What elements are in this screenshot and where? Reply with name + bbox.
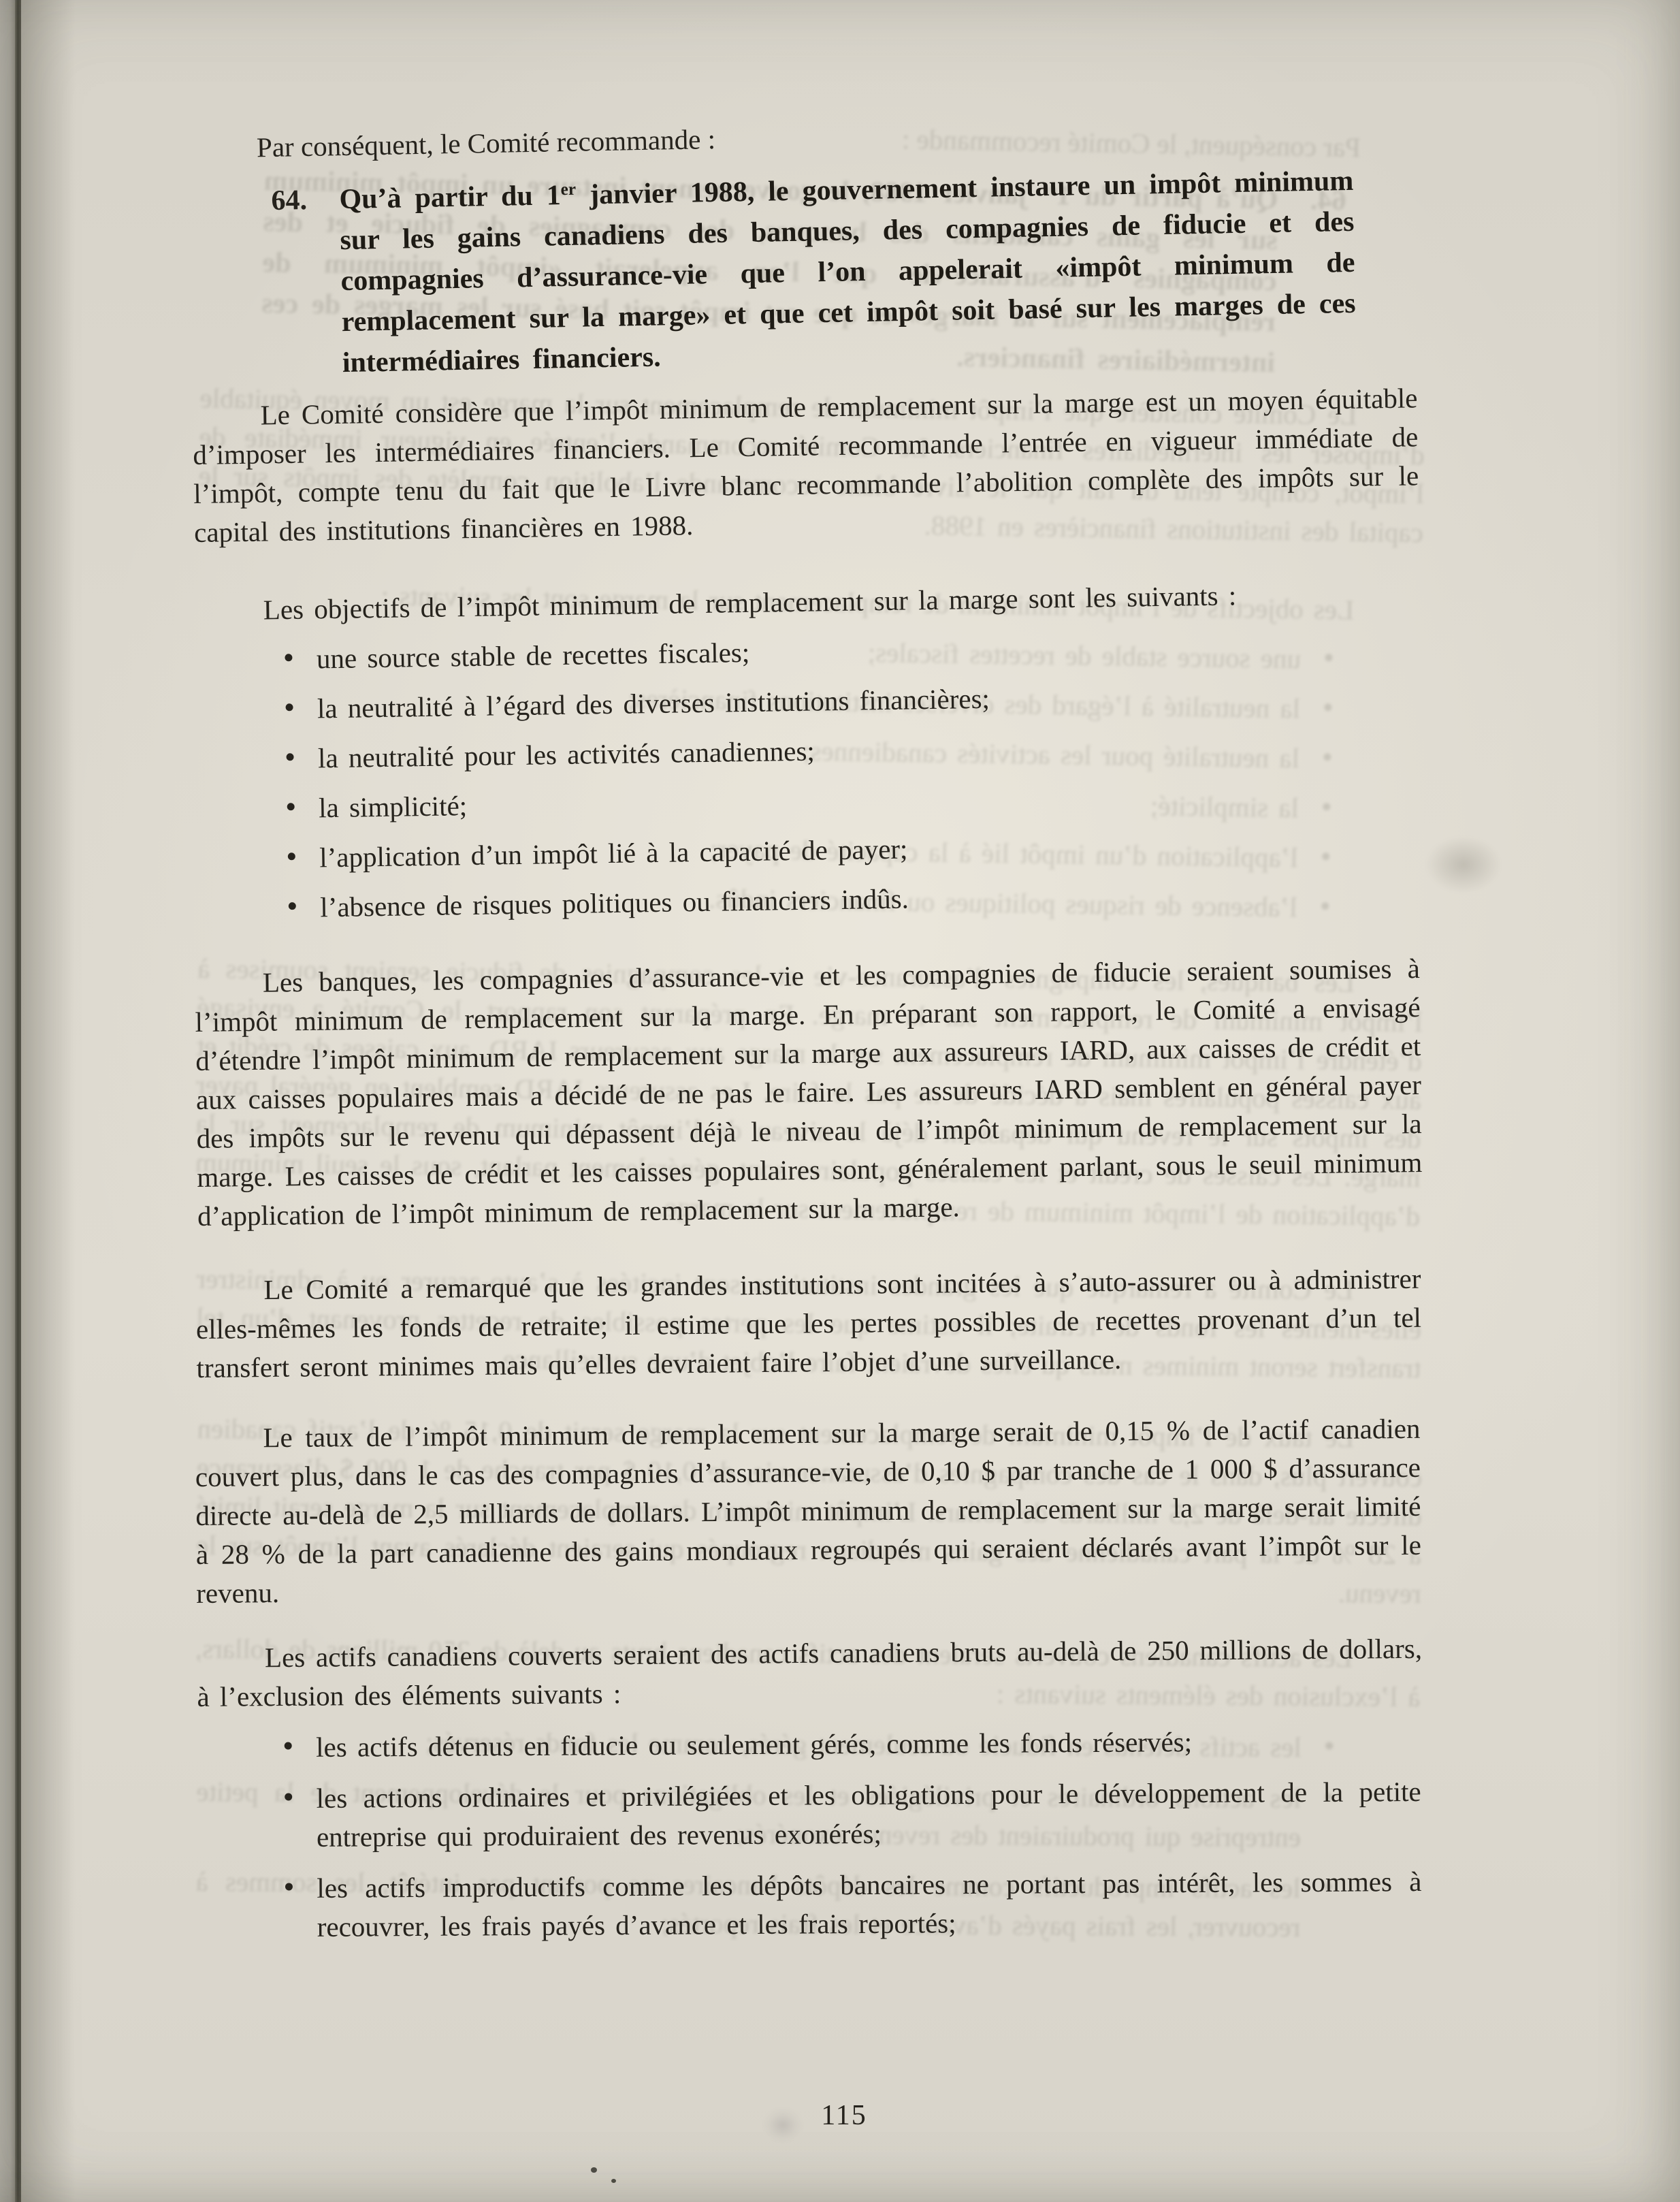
text-block-surveillance: Le Comité a remarqué que les grandes ins… — [195, 1260, 1422, 1388]
bullet-icon: • — [282, 638, 294, 677]
bullet-icon: • — [283, 1867, 294, 1906]
bullet-icon: • — [282, 1777, 293, 1816]
book-spine-edge — [0, 0, 15, 2202]
ink-speck — [611, 2179, 616, 2183]
exclusions-list: •les actifs détenus en fiducie ou seulem… — [195, 1721, 1422, 1947]
paragraph-taux: Le taux de l’impôt minimum de remplaceme… — [195, 1409, 1421, 1613]
list-item: •les actions ordinaires et privilégiées … — [195, 1772, 1421, 1857]
list-item: •la simplicité; — [198, 772, 1424, 829]
bullet-icon: • — [286, 837, 297, 876]
list-item: •une source stable de recettes fiscales; — [196, 623, 1422, 680]
text-block-taux: Le taux de l’impôt minimum de remplaceme… — [195, 1409, 1422, 1717]
book-gutter-line — [15, 0, 21, 2202]
bullet-icon: • — [287, 887, 298, 925]
list-item-text: l’absence de risques politiques ou finan… — [320, 883, 909, 923]
paragraph-actifs-couverts: Les actifs canadiens couverts seraient d… — [197, 1629, 1423, 1717]
scanned-document-page: Par conséquent, le Comité recommande : 6… — [0, 0, 1680, 2202]
bullet-icon: • — [284, 688, 295, 727]
list-item: •les actifs détenus en fiducie ou seulem… — [195, 1721, 1421, 1768]
paragraph-comite-considere: Le Comité considère que l’impôt minimum … — [192, 379, 1419, 552]
book-gutter-shadow — [21, 0, 76, 2202]
bullet-icon: • — [285, 787, 297, 826]
list-item: •la neutralité pour les activités canadi… — [197, 722, 1423, 780]
bullet-icon: • — [282, 1726, 293, 1765]
ordinal-superscript: er — [560, 180, 576, 199]
objectives-intro-line: Les objectifs de l’impôt minimum de remp… — [195, 573, 1421, 631]
list-item: •l’absence de risques politiques ou fina… — [199, 872, 1425, 929]
recommendation-text: Qu’à partir du 1er janvier 1988, le gouv… — [339, 161, 1357, 383]
list-item-text: l’application d’un impôt lié à la capaci… — [319, 833, 908, 874]
list-item-text: les actifs improductifs comme les dépôts… — [317, 1866, 1421, 1943]
list-item-text: la neutralité à l’égard des diverses ins… — [317, 683, 990, 724]
list-item-text: les actifs détenus en fiducie ou seuleme… — [316, 1726, 1192, 1763]
text-block-banques: Les banques, les compagnies d’assurance-… — [195, 949, 1423, 1236]
text-block-exclusions: •les actifs détenus en fiducie ou seulem… — [195, 1721, 1422, 1947]
text-block-objectives: Le Comité considère que l’impôt minimum … — [192, 379, 1425, 929]
paragraph-surveillance: Le Comité a remarqué que les grandes ins… — [195, 1260, 1422, 1388]
list-item: •les actifs improductifs comme les dépôt… — [196, 1862, 1422, 1947]
page-number: 115 — [790, 2099, 899, 2132]
recommendation-text-start: Qu’à partir du 1 — [339, 180, 561, 215]
list-item-text: une source stable de recettes fiscales; — [317, 637, 750, 674]
list-item: •la neutralité à l’égard des diverses in… — [197, 673, 1423, 730]
paragraph-banques: Les banques, les compagnies d’assurance-… — [195, 949, 1423, 1236]
list-item-text: la simplicité; — [319, 790, 468, 823]
recommendation-number: 64. — [271, 180, 308, 221]
list-item: •l’application d’un impôt lié à la capac… — [199, 822, 1425, 879]
text-block-top: Par conséquent, le Comité recommande : 6… — [194, 107, 1424, 386]
paper-smudge — [1423, 834, 1504, 895]
page-content: Par conséquent, le Comité recommande : 6… — [196, 129, 1421, 1947]
list-item-text: les actions ordinaires et privilégiées e… — [317, 1776, 1421, 1853]
objectives-list: •une source stable de recettes fiscales;… — [196, 623, 1425, 929]
ink-speck — [591, 2167, 597, 2173]
bullet-icon: • — [285, 737, 296, 776]
list-item-text: la neutralité pour les activités canadie… — [318, 735, 815, 774]
recommendation-64: 64. Qu’à partir du 1er janvier 1988, le … — [271, 159, 1423, 385]
